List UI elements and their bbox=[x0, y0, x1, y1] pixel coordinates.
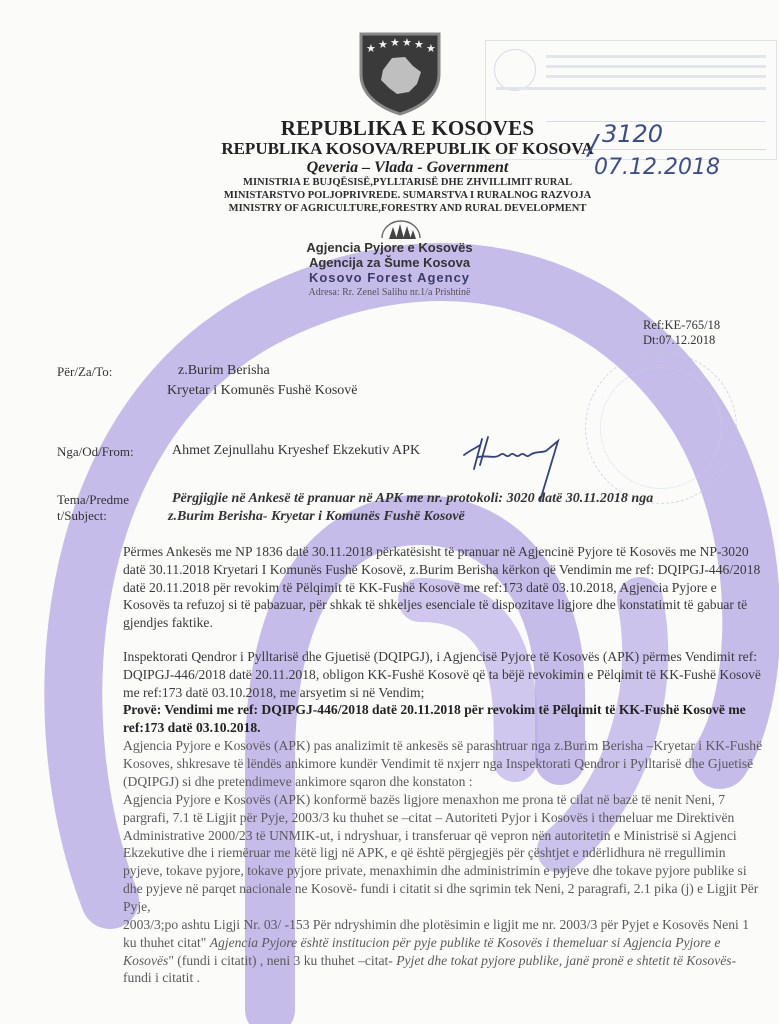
ministry-sr: MINISTARSTVO POLJOPRIVREDE. SUMARSTVA I … bbox=[0, 190, 779, 201]
svg-text:★: ★ bbox=[402, 36, 412, 49]
from-label: Nga/Od/From: bbox=[57, 444, 134, 460]
to-label: Për/Za/To: bbox=[57, 364, 112, 380]
subject-label-line2: t/Subject: bbox=[57, 508, 107, 524]
to-title: Kryetar i Komunës Fushë Kosovë bbox=[167, 383, 358, 399]
trees-logo-icon bbox=[379, 218, 423, 242]
reference-number: Ref:KE-765/18 bbox=[643, 318, 720, 333]
reference-date: Dt:07.12.2018 bbox=[643, 333, 715, 348]
body-paragraph-2: Inspektorati Qendror i Pylltarisë dhe Gj… bbox=[123, 648, 763, 701]
subject-label-line1: Tema/Predme bbox=[57, 492, 129, 508]
svg-text:★: ★ bbox=[366, 42, 376, 55]
handwritten-date: 07.12.2018 bbox=[594, 155, 720, 180]
ministry-en: MINISTRY OF AGRICULTURE,FORESTRY AND RUR… bbox=[0, 203, 779, 214]
body-proof: Provë: Vendimi me ref: DQIPGJ-446/2018 d… bbox=[123, 701, 763, 737]
agency-address: Adresa: Rr. Zenel Salihu nr.1/a Prishtin… bbox=[0, 287, 779, 298]
body-paragraph-5: 2003/3;po ashtu Ligji Nr. 03/ -153 Për n… bbox=[123, 916, 763, 987]
official-seal bbox=[585, 352, 737, 504]
kosovo-coat-of-arms-icon: ★★★ ★★★ bbox=[357, 30, 443, 116]
svg-text:★: ★ bbox=[390, 36, 400, 49]
subject-line-2: z.Burim Berisha- Kryetar i Komunës Fushë… bbox=[168, 509, 465, 525]
agency-name-sr: Agencija za Šume Kosova bbox=[0, 255, 779, 270]
to-name: z.Burim Berisha bbox=[178, 363, 270, 379]
svg-text:★: ★ bbox=[378, 38, 388, 51]
agency-name-sq: Agjencia Pyjore e Kosovës bbox=[0, 240, 779, 255]
subject-line-1: Përgjigjie në Ankesë të pranuar në APK m… bbox=[172, 491, 653, 507]
body-paragraph-1: Përmes Ankesës me NP 1836 datë 30.11.201… bbox=[123, 543, 763, 632]
body-paragraph-4: Agjencia Pyjore e Kosovës (APK) konformë… bbox=[123, 791, 763, 916]
agency-name-en: Kosovo Forest Agency bbox=[0, 270, 779, 285]
from-value: Ahmet Zejnullahu Kryeshef Ekzekutiv APK bbox=[172, 443, 420, 459]
handwritten-number: 3120 bbox=[602, 120, 663, 148]
svg-text:★: ★ bbox=[426, 42, 436, 55]
body-paragraph-3: Agjencia Pyjore e Kosovës (APK) pas anal… bbox=[123, 737, 763, 790]
svg-text:★: ★ bbox=[414, 38, 424, 51]
